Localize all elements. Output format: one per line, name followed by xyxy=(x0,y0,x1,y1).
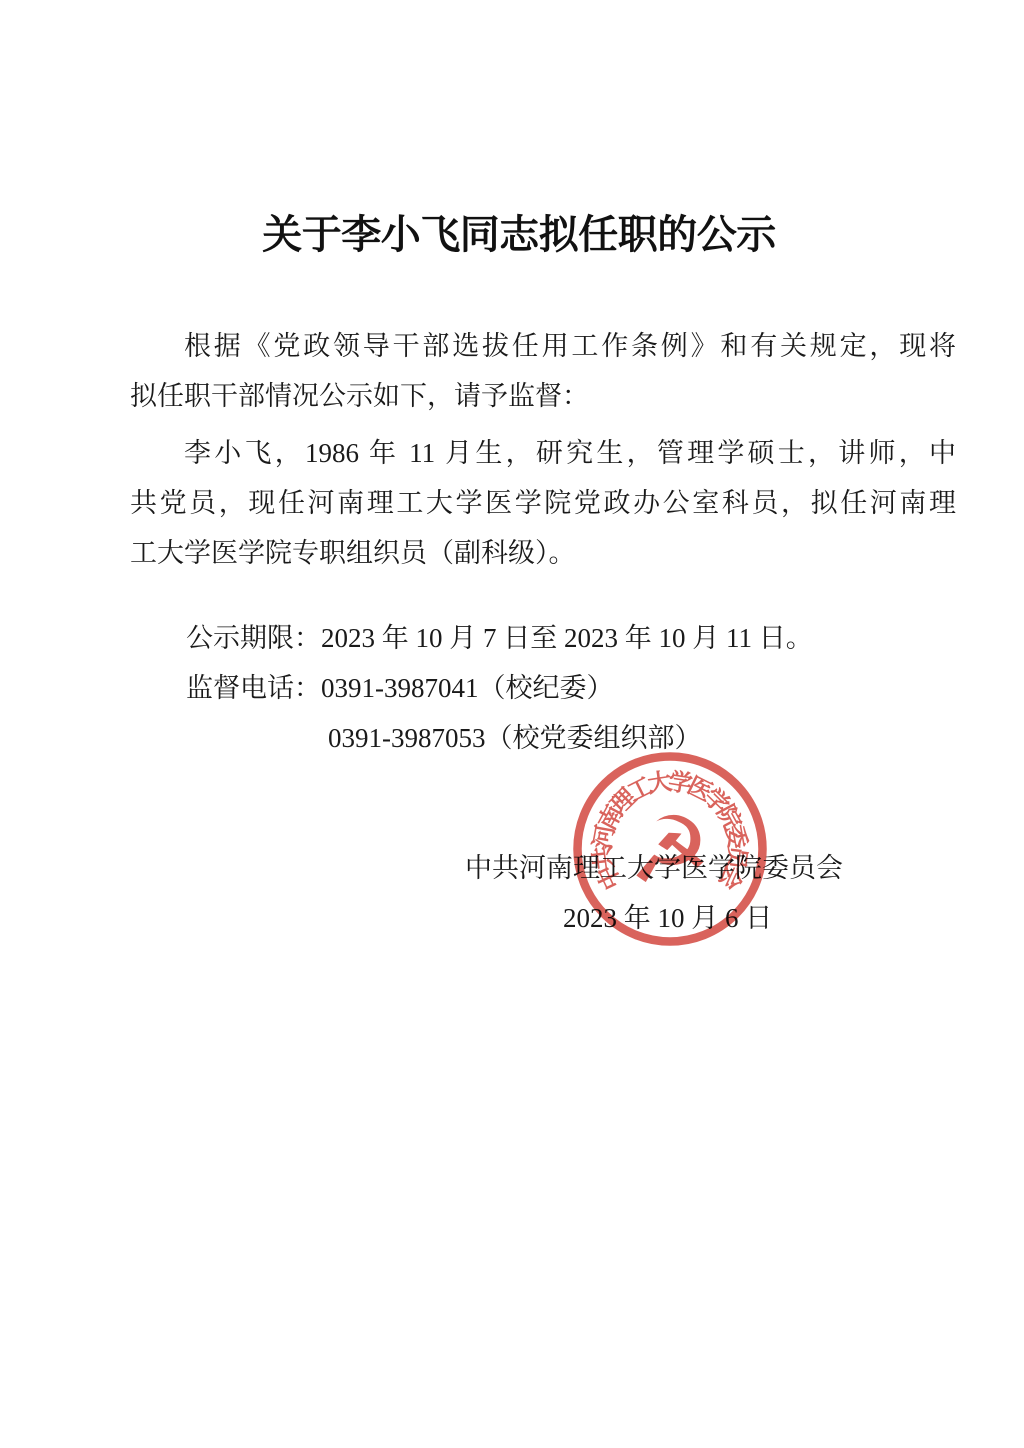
paragraph-1-line-1: 根据《党政领导干部选拔任用工作条例》和有关规定，现将 xyxy=(130,321,956,371)
date-line: 2023 年 10 月 6 日 xyxy=(563,893,772,943)
paragraph-2-line-1: 李小飞，1986 年 11 月生，研究生，管理学硕士，讲师，中 xyxy=(130,428,956,478)
paragraph-2-line-2: 共党员，现任河南理工大学医学院党政办公室科员，拟任河南理 xyxy=(130,478,956,528)
seal-ring-char: 医 xyxy=(683,772,717,807)
notice-period-line: 公示期限：2023 年 10 月 7 日至 2023 年 10 月 11 日。 xyxy=(130,613,956,663)
notice-info: 公示期限：2023 年 10 月 7 日至 2023 年 10 月 11 日。 … xyxy=(130,613,956,763)
paragraph-2-line-3: 工大学医学院专职组织员（副科级）。 xyxy=(130,528,956,578)
supervision-phone-line-2: 0391-3987053（校党委组织部） xyxy=(130,713,956,763)
document-title: 关于李小飞同志拟任职的公示 xyxy=(14,211,1024,259)
paragraph-1: 根据《党政领导干部选拔任用工作条例》和有关规定，现将 拟任职干部情况公示如下，请… xyxy=(130,321,956,421)
seal-ring-char: 院 xyxy=(711,801,746,835)
seal-ring-char: 学 xyxy=(698,783,734,819)
paragraph-1-line-2: 拟任职干部情况公示如下，请予监督： xyxy=(130,371,956,421)
signature-line: 中共河南理工大学医学院委员会 xyxy=(465,843,843,893)
seal-ring-char: 工 xyxy=(624,773,657,807)
document-page: 关于李小飞同志拟任职的公示 根据《党政领导干部选拔任用工作条例》和有关规定，现将… xyxy=(0,0,1024,1448)
seal-ring-char: 南 xyxy=(593,800,629,834)
supervision-phone-line-1: 监督电话：0391-3987041（校纪委） xyxy=(130,663,956,713)
paragraph-2: 李小飞，1986 年 11 月生，研究生，管理学硕士，讲师，中 共党员，现任河南… xyxy=(130,428,956,578)
seal-ring-char: 理 xyxy=(606,783,643,820)
seal-ring-char: 大 xyxy=(646,768,674,798)
seal-ring-char: 学 xyxy=(666,768,694,798)
